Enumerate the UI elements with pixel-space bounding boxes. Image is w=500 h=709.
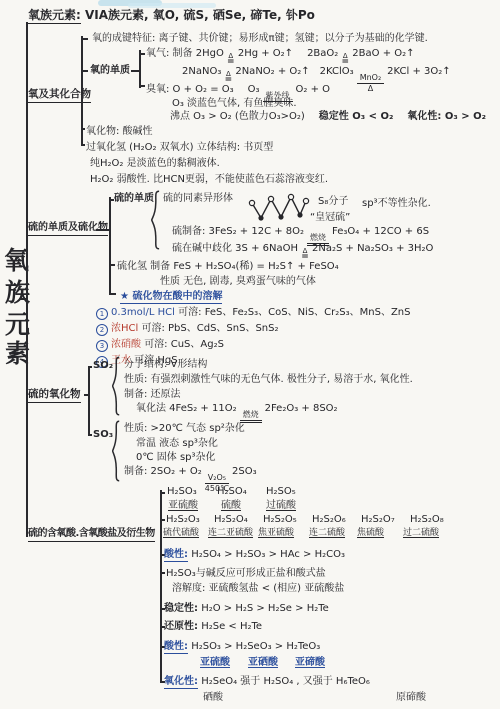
- sulfide-rule-1: 10.3mol/L HCl 可溶: FeS、Fe₂S₃、CoS、NiS、Cr₂S…: [96, 307, 410, 320]
- h2s-properties-line: 性质 无色, 剧毒, 臭鸡蛋气味的气体: [160, 276, 316, 288]
- sulfide-rule-3: 3浓硝酸 可溶: CuS、Ag₂S: [96, 339, 224, 352]
- comparison-part: H₂Se < H₂Te: [201, 621, 262, 632]
- bracket-tick: [160, 519, 165, 521]
- stability-comparison-line: 稳定性: H₂O > H₂S > H₂Se > H₂Te: [164, 603, 329, 615]
- acid-name: 连二硫酸: [309, 528, 345, 539]
- acid-name: 焦亚硫酸: [258, 528, 294, 539]
- selenic-acid-annotation: 硒酸: [203, 692, 223, 704]
- so3-formula: SO₃: [93, 429, 113, 441]
- so2-oxidation-equation: 氧化法 4FeS₂ + 11O₂燃烧2Fe₂O₃ + 8SO₂: [136, 403, 338, 423]
- map-title: 氧族元素:: [28, 8, 81, 24]
- bracket-line: [139, 50, 141, 88]
- acid-name-annotation: 亚硫酸: [200, 657, 230, 669]
- peroxide-acidity-note: H₂O₂ 弱酸性. 比HCN更弱，不能使蓝色石蕊溶液变红.: [90, 174, 328, 186]
- connector-line: [131, 70, 139, 72]
- reaction-condition: MnO₂Δ: [357, 74, 384, 94]
- rule-list: 可溶: CuS、Ag₂S: [144, 339, 224, 350]
- acid-formula: H₂S₂O₇: [361, 514, 395, 526]
- bracket-tick: [160, 572, 165, 574]
- map-title-elements: VIA族元素, 氧O, 硫S, 硒Se, 碲Te, 钋Po: [85, 8, 315, 22]
- acid-name-annotation: 亚硒酸: [248, 657, 278, 669]
- bracket-line: [109, 197, 111, 294]
- so2-structure-line: 分子结构: V形结构: [124, 359, 207, 371]
- comparison-part: 氧化性: O₃ > O₂: [407, 111, 486, 122]
- acid-formula: H₂S₂O₃: [166, 514, 200, 526]
- crown-sulfur-label: “皇冠硫”: [310, 212, 350, 224]
- equation-part: 2SO₃: [232, 466, 257, 477]
- equation-part: 2NaNO₂ + O₂↑: [235, 66, 309, 77]
- equation-part: 2NaNO₃: [182, 66, 221, 77]
- o2-preparation-equations: 氧气: 制备 2HgOΔ=2Hg + O₂↑2BaO₂Δ=2BaO + O₂↑: [146, 48, 415, 68]
- acid-name: 硫酸: [221, 500, 241, 512]
- branch-label-oxyacids: 硫的含氧酸.含氧酸盐及衍生物: [28, 528, 155, 542]
- acid-name: 硫代硫酸: [163, 528, 199, 539]
- solubility-note: 溶解度: 亚硫酸氢盐 < (相应) 亚硫酸盐: [172, 583, 344, 595]
- acid-formula: H₂S₂O₅: [263, 514, 297, 526]
- curly-brace: [112, 356, 120, 416]
- equation-part: 臭氧: O + O₂ = O₃: [146, 84, 234, 95]
- peroxide-structure-note: 过氧化氢 (H₂O₂ 双氧水) 立体结构: 书页型: [86, 142, 273, 154]
- bracket-line: [81, 36, 83, 146]
- acid-formula: H₂S₂O₆: [312, 514, 346, 526]
- equation-part: 硫在碱中歧化 3S + 6NaOH: [172, 243, 298, 254]
- equation-part: Fe₃O₄ + 12CO + 6S: [332, 226, 429, 237]
- comparison-part: 沸点 O₃ > O₂ (色散力O₃>O₂): [170, 111, 305, 122]
- circled-number: 1: [96, 308, 108, 320]
- acidity-label: 酸性:: [164, 641, 188, 654]
- sulfur-elemental-label: 硫的单质: [114, 193, 154, 205]
- equation-part: 硫制备: 3FeS₂ + 12C + 8O₂: [172, 226, 304, 237]
- oxidizing-label: 氧化性:: [164, 676, 198, 689]
- peroxide-appearance-note: 纯H₂O₂ 是淡蓝色的黏稠液体.: [90, 158, 220, 170]
- oxide-note: 氧化物: 酸碱性: [86, 126, 153, 138]
- bracket-tick: [81, 38, 88, 40]
- equation-part: 2BaO + O₂↑: [352, 48, 414, 59]
- acid-formula: H₂SO₅: [266, 486, 296, 498]
- acid-formula: H₂S₂O₄: [214, 514, 248, 526]
- oxygen-elemental-label: 氧的单质: [90, 65, 130, 77]
- acid-name: 过二硫酸: [403, 528, 439, 539]
- bracket-tick: [139, 53, 145, 55]
- rule-list: 可溶: PbS、CdS、SnS、SnS₂: [141, 323, 278, 334]
- equation-part: 2KClO₃: [320, 66, 354, 77]
- curly-brace: [112, 420, 120, 482]
- map-title-line: 氧族元素: VIA族元素, 氧O, 硫S, 硒Se, 碲Te, 钋Po: [28, 8, 315, 22]
- bracket-tick: [160, 492, 165, 494]
- acid-name: 连二亚硫酸: [208, 528, 253, 539]
- equation-part: 2Na₂S + Na₂SO₃ + 3H₂O: [312, 243, 433, 254]
- oxygen-bonding-note: 氧的成键特征: 离子键、共价键；易形成π键；氢键；以分子为基础的化学键.: [92, 33, 428, 45]
- salt-formation-note: H₂SO₃与碱反应可形成正盐和酸式盐: [166, 568, 326, 580]
- bracket-tick: [109, 264, 115, 266]
- so3-state-line-1: 性质: >20℃ 气态 sp²杂化: [124, 423, 245, 435]
- connector-line: [19, 298, 26, 300]
- equation-part: 2Hg + O₂↑: [238, 48, 293, 59]
- combustion-condition: 燃烧: [240, 411, 262, 423]
- acid-name: 过硫酸: [266, 500, 296, 512]
- bracket-tick: [81, 144, 85, 146]
- acidity-comparison-line: 酸性: H₂SO₄ > H₂SO₃ > HAc > H₂CO₃: [164, 549, 345, 561]
- rule-acid: 0.3mol/L HCl: [111, 307, 175, 318]
- rule-acid: 浓硝酸: [111, 339, 141, 350]
- s8-molecule-drawing: [247, 191, 311, 225]
- sulfide-rule-2: 2浓HCl 可溶: PbS、CdS、SnS、SnS₂: [96, 323, 279, 336]
- acidity-label: 酸性:: [164, 549, 188, 562]
- comparison-part: H₂SO₄ > H₂SO₃ > HAc > H₂CO₃: [191, 549, 345, 560]
- handwritten-chemistry-mindmap: 氧族元素: VIA族元素, 氧O, 硫S, 硒Se, 碲Te, 钋Po 氧 族 …: [0, 0, 500, 709]
- circled-number: 3: [96, 340, 108, 352]
- rule-acid: 浓HCl: [111, 323, 138, 334]
- equation-part: 制备: 2SO₂ + O₂: [124, 466, 202, 477]
- connector-line: [96, 229, 109, 231]
- orthotelluric-acid-annotation: 原碲酸: [396, 692, 426, 704]
- sulfide-solubility-title: ★ 硫化物在酸中的溶解: [120, 291, 222, 303]
- s8-molecule-label: S₈分子: [318, 196, 348, 208]
- comparison-part: H₂SeO₄ 强于 H₂SO₄ , 又强于 H₆TeO₆: [201, 676, 370, 687]
- oxidizing-comparison-line: 氧化性: H₂SeO₄ 强于 H₂SO₄ , 又强于 H₆TeO₆: [164, 676, 370, 688]
- ozone-comparison: 沸点 O₃ > O₂ (色散力O₃>O₂)稳定性 O₃ < O₂氧化性: O₃ …: [170, 111, 486, 123]
- acidity-comparison-line-2: 酸性: H₂SO₃ > H₂SeO₃ > H₂TeO₃: [164, 641, 320, 653]
- so2-properties-line: 性质: 有强烈刺激性气味的无色气体. 极性分子, 易溶于水, 氧化性.: [124, 374, 413, 386]
- so2-preparation-line: 制备: 还原法: [124, 389, 181, 401]
- circled-number: 2: [96, 324, 108, 336]
- rule-list: 可溶: FeS、Fe₂S₃、CoS、NiS、Cr₂S₃、MnS、ZnS: [178, 307, 410, 318]
- equation-part: 2KCl + 3O₂↑: [387, 66, 451, 77]
- equation-part: O₂ + O: [296, 84, 331, 95]
- reducibility-label: 还原性:: [164, 621, 198, 632]
- bracket-tick: [139, 85, 145, 87]
- sulfur-disproportionation-equation: 硫在碱中歧化 3S + 6NaOHΔ=2Na₂S + Na₂SO₃ + 3H₂O: [172, 243, 433, 263]
- equation-part: 氧化法 4FeS₂ + 11O₂: [136, 403, 237, 414]
- acid-formula: H₂SO₃: [167, 486, 197, 498]
- branch-label-sulfur-oxides: 硫的氧化物: [28, 388, 81, 403]
- bracket-line: [88, 366, 90, 435]
- acid-name: 焦硫酸: [357, 528, 384, 539]
- h2s-preparation-line: 硫化氢 制备 FeS + H₂SO₄(稀) = H₂S↑ + FeSO₄: [117, 261, 339, 273]
- acid-name-annotation: 亚碲酸: [295, 657, 325, 669]
- equation-part: 2BaO₂: [307, 48, 338, 59]
- comparison-part: H₂O > H₂S > H₂Se > H₂Te: [201, 603, 329, 614]
- reducibility-comparison-line: 还原性: H₂Se < H₂Te: [164, 621, 262, 633]
- so3-state-line-2: 常温 液态 sp³杂化: [136, 438, 218, 450]
- bracket-tick: [81, 70, 88, 72]
- equation-part: O₃: [248, 84, 260, 95]
- equation-part: 2Fe₂O₃ + 8SO₂: [265, 403, 338, 414]
- acid-formula: H₂S₂O₈: [410, 514, 444, 526]
- ozone-description: O₃ 淡蓝色气体, 有鱼腥臭味.: [172, 98, 297, 110]
- curly-brace: [151, 190, 160, 250]
- bracket-tick: [81, 128, 85, 130]
- acid-name: 亚硫酸: [168, 500, 198, 512]
- equation-part: 氧气: 制备 2HgO: [146, 48, 224, 59]
- acid-formula: H₂SO₄: [217, 486, 247, 498]
- bracket-tick: [88, 366, 92, 368]
- comparison-part: H₂SO₃ > H₂SeO₃ > H₂TeO₃: [191, 641, 320, 652]
- bracket-tick: [88, 434, 92, 436]
- comparison-part: 稳定性 O₃ < O₂: [319, 111, 394, 122]
- bracket-tick: [109, 293, 116, 295]
- so2-formula: SO₂: [93, 360, 113, 372]
- s8-hybridization-note: sp³不等性杂化.: [362, 198, 431, 210]
- stability-label: 稳定性:: [164, 603, 198, 614]
- allotrope-label: 硫的同素异形体: [163, 193, 233, 205]
- so3-state-line-3: 0℃ 固体 sp³杂化: [136, 452, 216, 464]
